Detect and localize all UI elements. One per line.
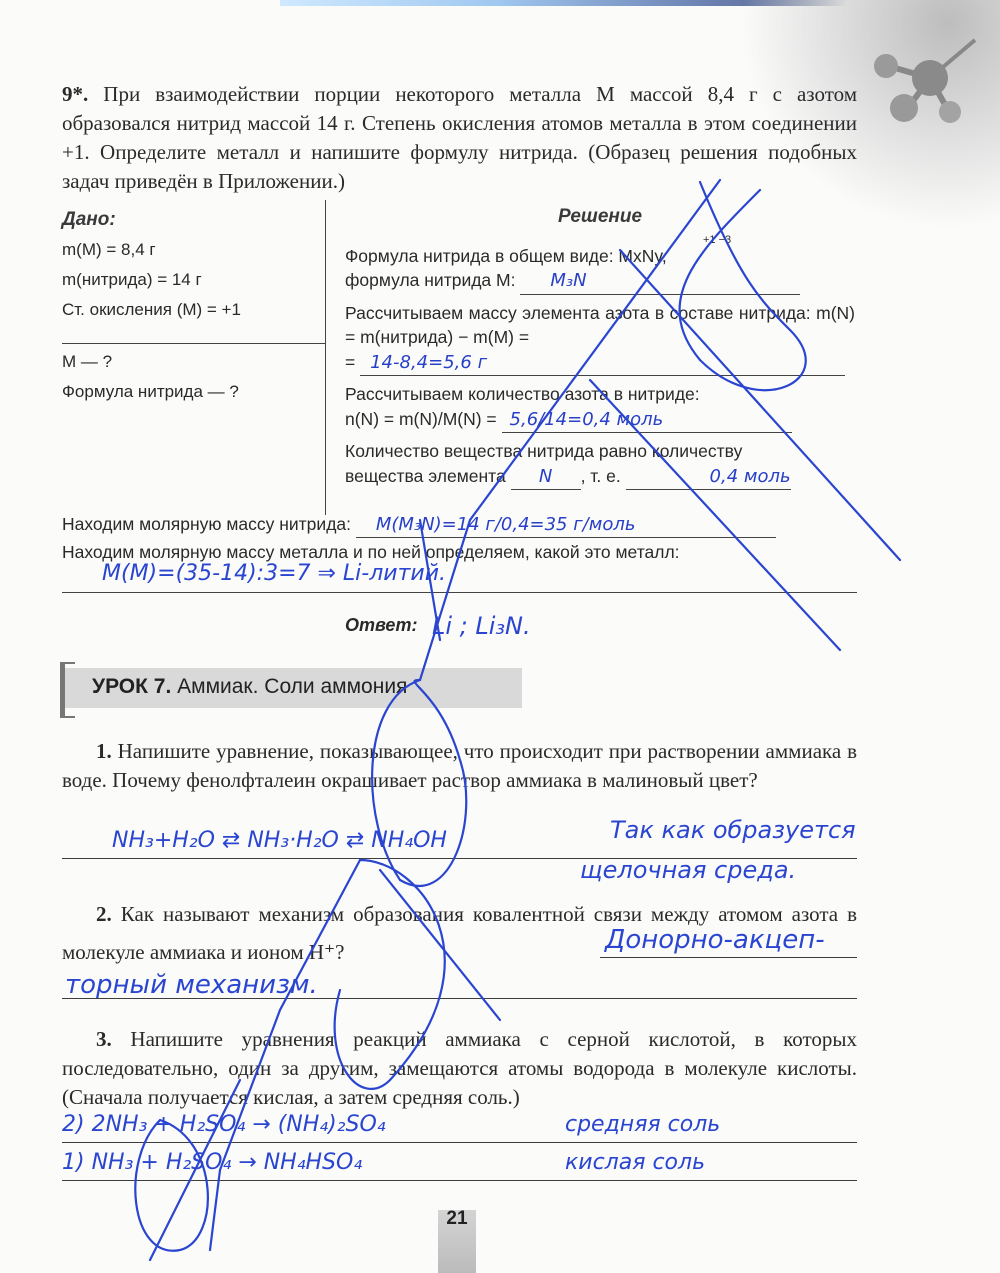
bracket-decoration xyxy=(60,662,75,718)
given-item: m(М) = 8,4 г xyxy=(62,235,327,265)
answer-line[interactable] xyxy=(600,957,857,958)
question-1: 1. Напишите уравнение, показывающее, что… xyxy=(62,737,857,795)
handwritten-equation: 1) NH₃ + H₂SO₄ → NH₄HSO₄ xyxy=(62,1150,362,1175)
molar-nitride-label: Находим молярную массу нитрида: xyxy=(62,514,351,534)
handwritten-answer: 14-8,4=5,6 г xyxy=(370,352,487,373)
handwritten-answer: M(M)=(35-14):3=7 ⇒ Li-литий. xyxy=(102,562,446,586)
formula-label: формула нитрида М: xyxy=(345,270,515,290)
molar-metal-field[interactable]: M(M)=(35-14):3=7 ⇒ Li-литий. xyxy=(62,562,857,593)
element-label: вещества элемента xyxy=(345,466,506,486)
solution-line: вещества элемента N, т. е. 0,4 моль xyxy=(345,464,855,491)
answer-label: Ответ: xyxy=(345,615,417,636)
handwritten-answer: 5,6/14=0,4 моль xyxy=(510,409,664,430)
page-number: 21 xyxy=(438,1208,476,1230)
lesson-topic: Аммиак. Соли аммония xyxy=(177,675,407,698)
task-9-statement: 9*. При взаимодействии порции некоторого… xyxy=(62,80,857,196)
handwritten-answer: M(M₃N)=14 г/0,4=35 г/моль xyxy=(376,514,636,535)
lesson-title: УРОК 7. Аммиак. Соли аммония xyxy=(92,675,407,699)
given-divider-horizontal xyxy=(62,343,325,344)
solution-line: Формула нитрида в общем виде: MxNy, xyxy=(345,244,855,269)
handwritten-answer: щелочная среда. xyxy=(580,856,796,884)
given-divider-vertical xyxy=(325,200,326,515)
handwritten-final-answer: Li ; Li₃N. xyxy=(432,612,531,640)
question-text: Напишите уравнение, показывающее, что пр… xyxy=(62,739,857,792)
handwritten-note: кислая соль xyxy=(565,1150,705,1175)
nitrogen-amount-field[interactable]: 5,6/14=0,4 моль xyxy=(502,407,792,434)
answer-line[interactable] xyxy=(62,858,857,859)
lesson-number: УРОК 7. xyxy=(92,675,171,698)
handwritten-equation: NH₃+H₂O ⇄ NH₃·H₂O ⇄ NH₄OH xyxy=(112,828,447,853)
solution-line: формула нитрида М: M₃N xyxy=(345,268,855,295)
solution-line: Рассчитываем количество азота в нитриде: xyxy=(345,382,855,407)
molar-mass-nitride-row: Находим молярную массу нитрида: M(M₃N)=1… xyxy=(62,512,857,538)
task-text: При взаимодействии порции некоторого мет… xyxy=(62,82,857,193)
handwritten-answer: M₃N xyxy=(550,270,586,291)
handwritten-answer: 0,4 моль xyxy=(710,466,791,487)
solution-line: n(N) = m(N)/M(N) = 5,6/14=0,4 моль xyxy=(345,407,855,434)
handwritten-answer: торный механизм. xyxy=(65,970,318,1000)
formula-answer-field[interactable]: M₃N xyxy=(520,268,800,295)
answer-line[interactable] xyxy=(62,998,857,999)
molecule-icon xyxy=(850,30,990,130)
solution-header: Решение xyxy=(345,205,855,230)
solution-block: Решение +1 −3 Формула нитрида в общем ви… xyxy=(345,205,855,490)
given-block: Дано: m(М) = 8,4 г m(нитрида) = 14 г Ст.… xyxy=(62,205,327,407)
molar-nitride-field[interactable]: M(M₃N)=14 г/0,4=35 г/моль xyxy=(356,512,776,538)
question-3: 3. Напишите уравнения реакций аммиака с … xyxy=(62,1025,857,1112)
handwritten-note: средняя соль xyxy=(565,1112,720,1137)
lesson-header: УРОК 7. Аммиак. Соли аммония xyxy=(62,668,522,708)
oxidation-states: +1 −3 xyxy=(703,228,731,253)
find-item: М — ? xyxy=(62,347,327,377)
page-number-tab: 21 xyxy=(438,1210,476,1273)
solution-line: = 14-8,4=5,6 г xyxy=(345,350,855,377)
given-header: Дано: xyxy=(62,205,327,235)
question-number: 3. xyxy=(96,1027,112,1051)
answer-line[interactable] xyxy=(62,1180,857,1181)
question-number: 2. xyxy=(96,902,112,926)
question-text: Напишите уравнения реакций аммиака с сер… xyxy=(62,1027,857,1109)
ie-label: , т. е. xyxy=(581,466,621,486)
solution-line: Количество вещества нитрида равно количе… xyxy=(345,439,855,464)
nitrogen-mass-field[interactable]: 14-8,4=5,6 г xyxy=(360,350,845,377)
question-number: 1. xyxy=(96,739,112,763)
given-item: Ст. окисления (М) = +1 xyxy=(62,295,327,325)
nitride-amount-field[interactable]: 0,4 моль xyxy=(626,464,791,491)
handwritten-answer: Так как образуется xyxy=(610,816,856,844)
answer-line[interactable] xyxy=(62,1142,857,1143)
handwritten-equation: 2) 2NH₃ + H₂SO₄ → (NH₄)₂SO₄ xyxy=(62,1112,386,1137)
solution-line: Рассчитываем массу элемента азота в сост… xyxy=(345,301,855,350)
find-item: Формула нитрида — ? xyxy=(62,377,327,407)
task-number: 9*. xyxy=(62,82,88,106)
amount-label: n(N) = m(N)/M(N) = xyxy=(345,409,497,429)
given-item: m(нитрида) = 14 г xyxy=(62,265,327,295)
handwritten-answer: Донорно-акцеп- xyxy=(605,925,825,955)
equals-sign: = xyxy=(345,352,355,372)
handwritten-answer: N xyxy=(539,466,552,487)
element-field[interactable]: N xyxy=(511,464,581,491)
